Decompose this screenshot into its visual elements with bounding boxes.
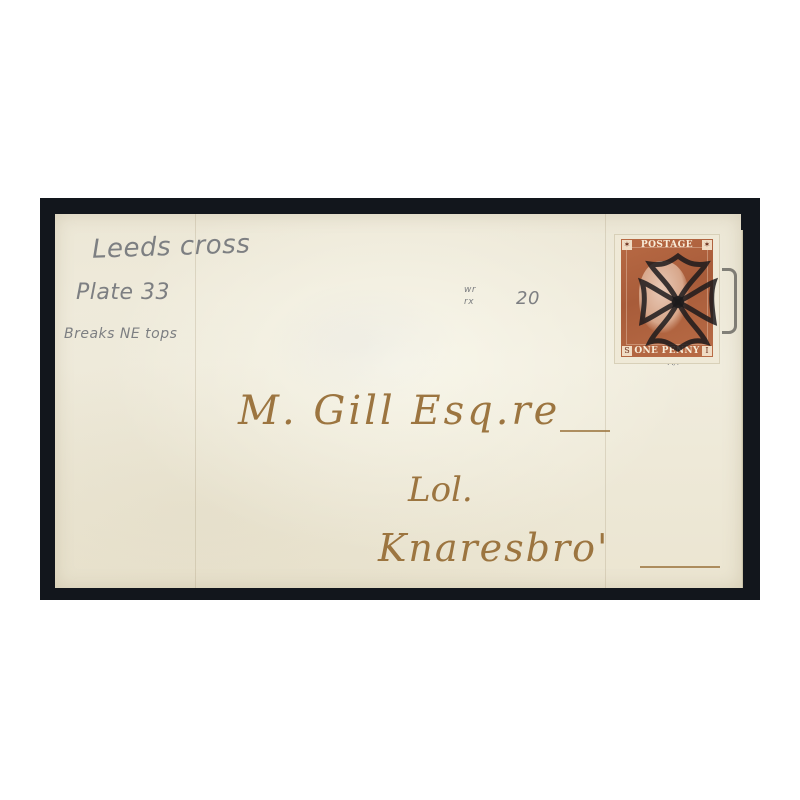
pencil-note-plate: Plate 33 [76, 280, 170, 305]
address-line-town: Knaresbro' [378, 526, 610, 570]
maltese-cross-cancel-icon [638, 252, 718, 352]
stamp-corner-letter-left: S [622, 346, 632, 356]
address-line-name: M. Gill Esq.re [238, 388, 560, 434]
fold-line [195, 214, 196, 588]
cancel-frame-edge [722, 268, 737, 334]
address-underline [640, 566, 720, 568]
pencil-note-breaks: Breaks NE tops [64, 326, 177, 342]
pencil-note-margin: wr rx [464, 284, 476, 308]
pencil-note-leeds-cross: Leeds cross [92, 229, 251, 265]
address-line-2: Lol. [408, 470, 473, 510]
address-underline [560, 430, 610, 432]
stamp-top-text: POSTAGE [621, 240, 713, 250]
pencil-note-number: 20 [516, 288, 540, 309]
